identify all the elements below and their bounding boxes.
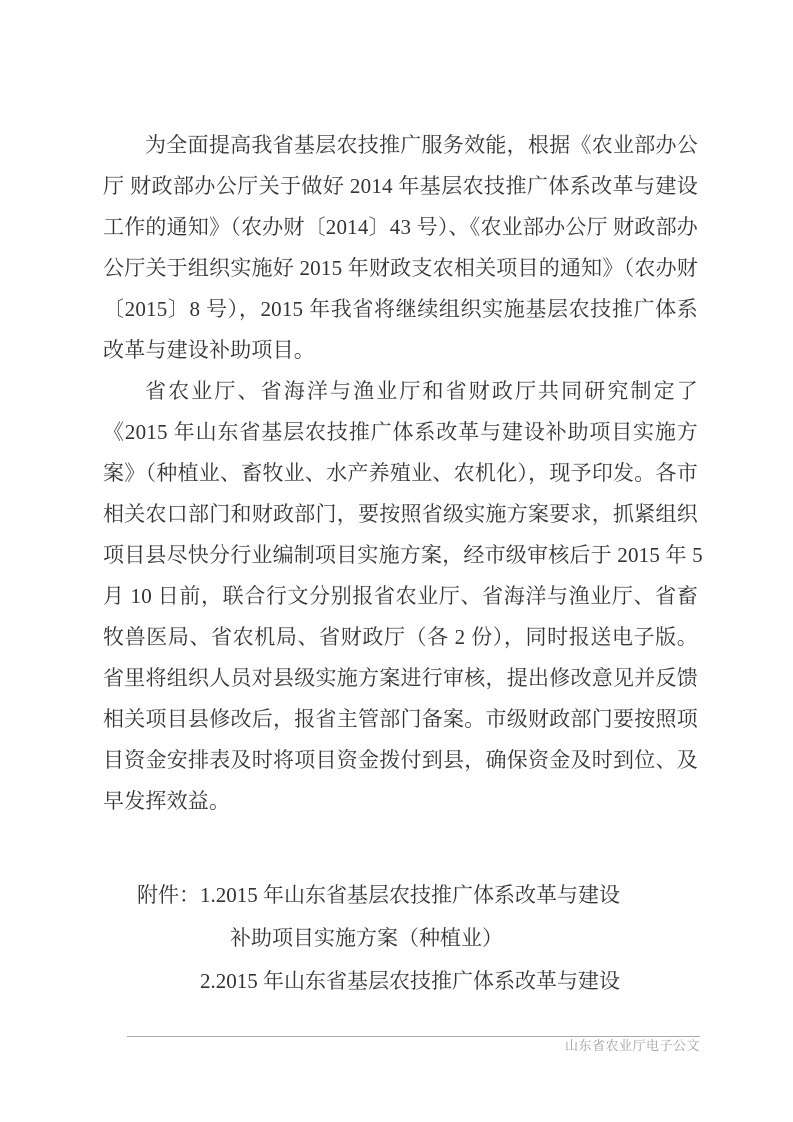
- attachment-row-3: 2.2015 年山东省基层农技推广体系改革与建设: [103, 960, 698, 1003]
- body-line: 早发挥效益。: [103, 781, 698, 822]
- attachment-label: 附件：: [137, 883, 200, 907]
- attachment-row-1: 附件：1.2015 年山东省基层农技推广体系改革与建设: [103, 874, 698, 917]
- attachment-item-2-title: 2.2015 年山东省基层农技推广体系改革与建设: [200, 969, 620, 993]
- body-line: 月 10 日前，联合行文分别报省农业厅、省海洋与渔业厅、省畜: [103, 576, 698, 617]
- footer-watermark: 山东省农业厅电子公文: [127, 1038, 700, 1053]
- footer-divider-line: [127, 1036, 700, 1037]
- body-line: 项目县尽快分行业编制项目实施方案，经市级审核后于 2015 年 5: [103, 535, 698, 576]
- attachment-item-1-continuation: 补助项目实施方案（种植业）: [230, 926, 503, 950]
- body-line: 为全面提高我省基层农技推广服务效能，根据《农业部办公: [103, 125, 698, 166]
- body-line: 案》（种植业、畜牧业、水产养殖业、农机化），现予印发。各市: [103, 453, 698, 494]
- body-line: 省里将组织人员对县级实施方案进行审核，提出修改意见并反馈: [103, 658, 698, 699]
- body-line: 相关项目县修改后，报省主管部门备案。市级财政部门要按照项: [103, 699, 698, 740]
- paragraph-2: 省农业厅、省海洋与渔业厅和省财政厅共同研究制定了 《2015 年山东省基层农技推…: [103, 371, 698, 822]
- document-page: 为全面提高我省基层农技推广服务效能，根据《农业部办公 厅 财政部办公厅关于做好 …: [0, 0, 793, 1122]
- attachment-list: 附件：1.2015 年山东省基层农技推广体系改革与建设 补助项目实施方案（种植业…: [103, 874, 698, 1003]
- body-line: 《2015 年山东省基层农技推广体系改革与建设补助项目实施方: [103, 412, 698, 453]
- document-body: 为全面提高我省基层农技推广服务效能，根据《农业部办公 厅 财政部办公厅关于做好 …: [103, 125, 698, 1003]
- body-line: 公厅关于组织实施好 2015 年财政支农相关项目的通知》（农办财: [103, 248, 698, 289]
- body-line: 省农业厅、省海洋与渔业厅和省财政厅共同研究制定了: [103, 371, 698, 412]
- paragraph-1: 为全面提高我省基层农技推广服务效能，根据《农业部办公 厅 财政部办公厅关于做好 …: [103, 125, 698, 371]
- body-line: 相关农口部门和财政部门，要按照省级实施方案要求，抓紧组织: [103, 494, 698, 535]
- body-line: 目资金安排表及时将项目资金拨付到县，确保资金及时到位、及: [103, 740, 698, 781]
- body-line: 厅 财政部办公厅关于做好 2014 年基层农技推广体系改革与建设: [103, 166, 698, 207]
- body-line: 牧兽医局、省农机局、省财政厅（各 2 份），同时报送电子版。: [103, 617, 698, 658]
- attachment-item-1-title: 1.2015 年山东省基层农技推广体系改革与建设: [200, 883, 620, 907]
- attachment-row-2: 补助项目实施方案（种植业）: [103, 917, 698, 960]
- body-line: 改革与建设补助项目。: [103, 330, 698, 371]
- body-line: 〔2015〕8 号），2015 年我省将继续组织实施基层农技推广体系: [103, 289, 698, 330]
- body-line: 工作的通知》（农办财〔2014〕43 号）、《农业部办公厅 财政部办: [103, 207, 698, 248]
